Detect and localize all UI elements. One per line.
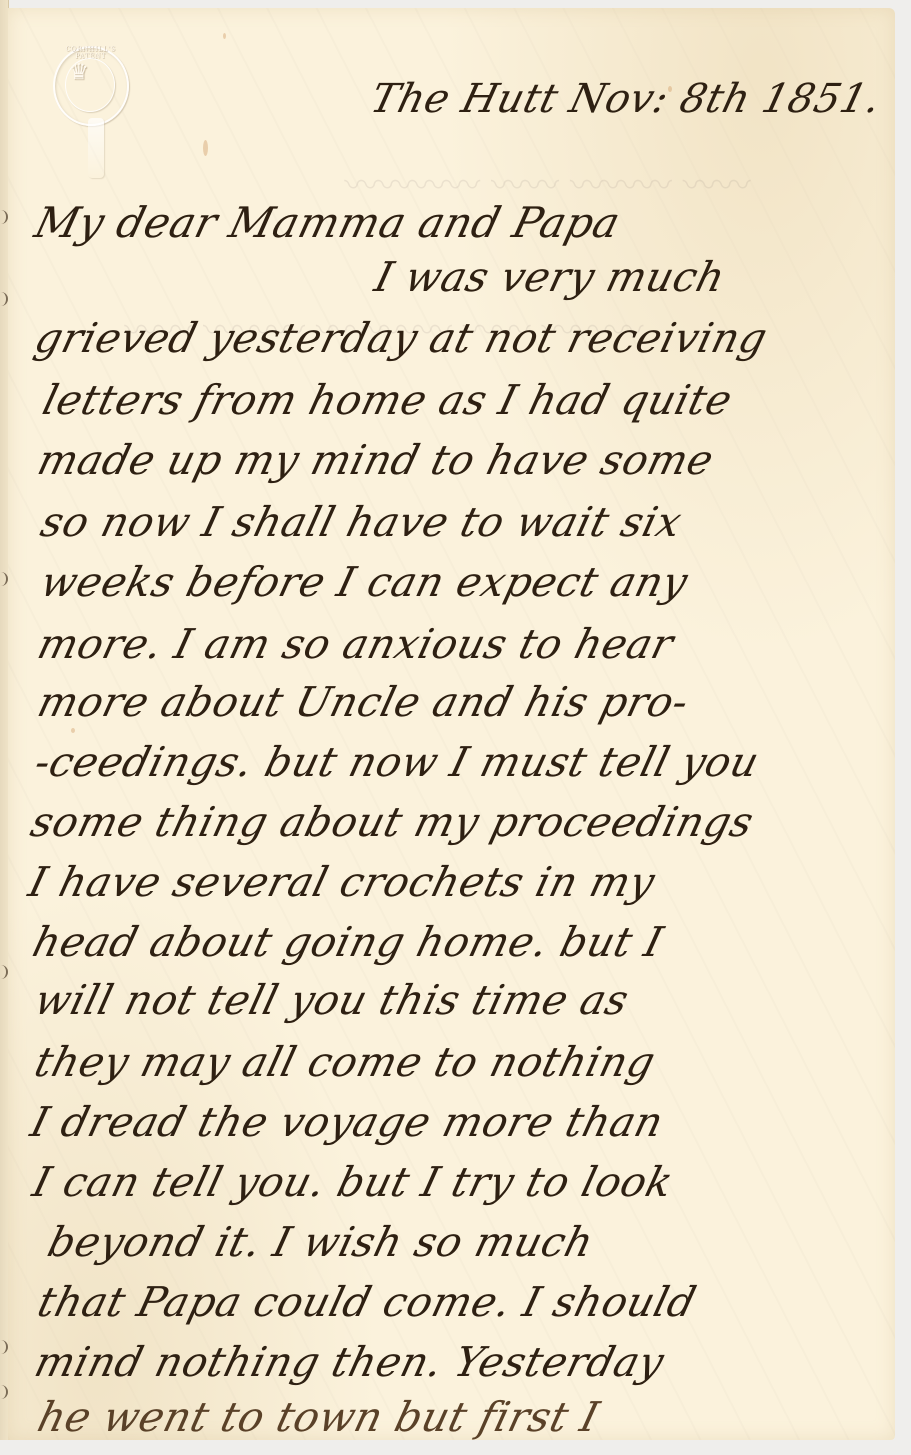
letter-salutation: My dear Mamma and Papa	[30, 198, 625, 247]
letter-line: so now I shall have to wait six	[36, 498, 687, 546]
ink-fragment	[0, 292, 8, 306]
letter-line: made up my mind to have some	[33, 436, 719, 484]
letter-line: I have several crochets in my	[24, 858, 660, 906]
ink-fragment	[0, 1385, 8, 1399]
letter-line: grieved yesterday at not receiving	[30, 314, 772, 362]
foxing-stain	[223, 33, 226, 39]
letter-line: more. I am so anxious to hear	[33, 620, 678, 668]
letter-line: that Papa could come. I should	[33, 1278, 701, 1326]
ink-fragment	[0, 1340, 8, 1354]
letter-page: 〰〰 〰〰〰 〰〰 〰〰〰〰 〰〰〰 〰〰 〰〰〰〰 〰〰〰 〰〰 CORNHI…	[8, 8, 895, 1440]
embossed-seal: CORNHILL'S PATENT ♛	[53, 46, 129, 126]
foxing-stain	[203, 140, 208, 156]
letter-line: he went to town but first I	[33, 1393, 604, 1441]
letter-line: head about going home. but I	[28, 918, 668, 966]
letter-line: I can tell you. but I try to look	[28, 1158, 678, 1206]
ink-fragment	[0, 210, 8, 224]
letter-line: beyond it. I wish so much	[43, 1218, 598, 1266]
letter-line: they may all come to nothing	[30, 1038, 660, 1086]
letter-line: -ceedings. but now I must tell you	[30, 738, 764, 786]
seal-emboss-tail	[88, 118, 104, 178]
letter-line: weeks before I can expect any	[36, 558, 693, 606]
ink-fragment	[0, 572, 8, 586]
letter-line: I dread the voyage more than	[26, 1098, 668, 1146]
crown-icon: ♛	[69, 60, 89, 85]
letter-line: mind nothing then. Yesterday	[30, 1338, 669, 1386]
letter-line: will not tell you this time as	[30, 976, 634, 1024]
letter-line: more about Uncle and his pro-	[33, 678, 694, 726]
letter-line: letters from home as I had quite	[38, 376, 737, 424]
letter-place-date: The Hutt Nov: 8th 1851.	[366, 76, 886, 122]
letter-line: I was very much	[370, 253, 730, 301]
ink-fragment	[0, 965, 8, 979]
letter-line: some thing about my proceedings	[26, 798, 758, 846]
foxing-stain	[71, 728, 75, 733]
